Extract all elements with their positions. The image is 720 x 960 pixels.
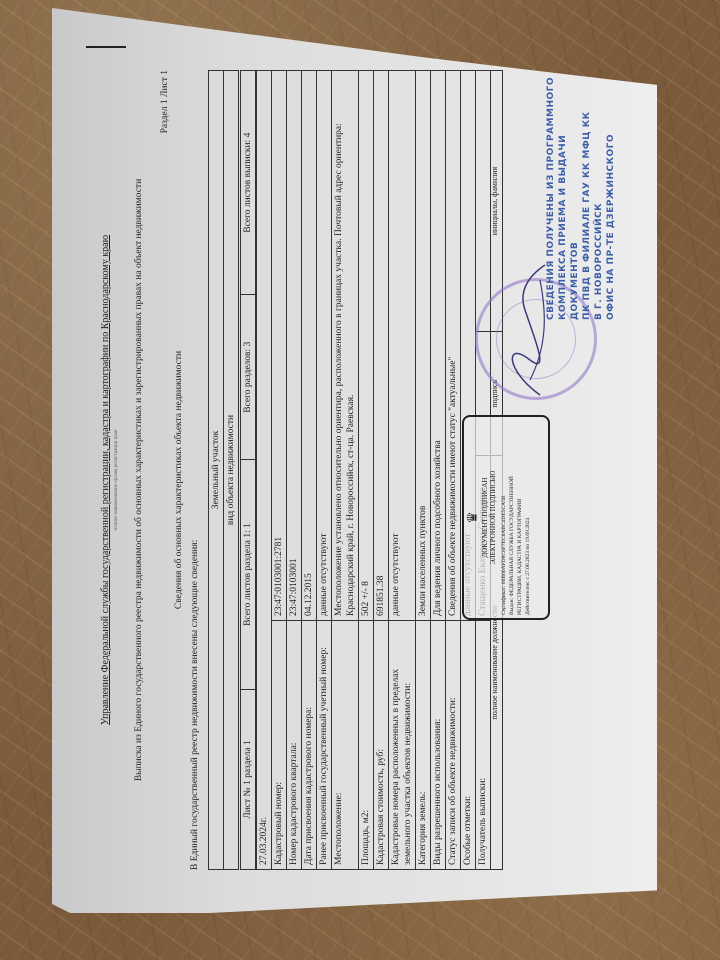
field-row: Кадастровые номера расположенных в преде… [389, 71, 416, 870]
egrn-extract: Управление Федеральной службы государств… [90, 40, 630, 920]
organization-name: Управление Федеральной службы государств… [100, 40, 111, 920]
field-label: Категория земель: [416, 621, 431, 870]
sheets-table: Лист № 1 раздела 1 Всего листов раздела … [240, 70, 256, 870]
info-heading: Сведения об основных характеристиках объ… [174, 40, 184, 920]
field-value: Для ведения личного подсобного хозяйства [431, 71, 446, 621]
field-label: Кадастровая стоимость, руб: [374, 621, 389, 870]
esign-line1: ДОКУМЕНТ ПОДПИСАН [481, 420, 489, 615]
field-value: 23:47:0103001:2781 [272, 71, 287, 621]
field-label: Кадастровые номера расположенных в преде… [389, 621, 416, 870]
esign-valid: Действителен: с 27.06.2023 по 19.09.2024 [524, 420, 532, 615]
field-label: Кадастровый номер: [272, 621, 287, 870]
field-value: данные отсутствуют [389, 71, 416, 621]
field-label: Статус записи об объекте недвижимости: [446, 621, 461, 870]
field-row: Статус записи об объекте недвижимости:Св… [446, 71, 461, 870]
entered-text: В Единый государственный реестр недвижим… [190, 540, 200, 870]
field-value: 23:47:0103001 [287, 71, 302, 621]
field-value: 502 +/- 8 [359, 71, 374, 621]
document-rotated: Управление Федеральной службы государств… [90, 40, 630, 920]
document-title: Выписка из Единого государственного реес… [134, 40, 144, 920]
esign-line2: ЭЛЕКТРОННОЙ ПОДПИСЬЮ [489, 420, 497, 615]
field-value: 691851.38 [374, 71, 389, 621]
section-label: Раздел 1 Лист 1 [160, 70, 170, 133]
field-row: Ранее присвоенный государственный учетны… [317, 71, 332, 870]
characteristics-table: 27.03.2024г. Кадастровый номер:23:47:010… [256, 70, 491, 870]
field-label: Местоположение: [332, 621, 359, 870]
object-type-caption: вид объекта недвижимости [224, 71, 239, 870]
field-value: данные отсутствуют [317, 71, 332, 621]
organization-subtitle: полное наименование органа регистрации п… [114, 40, 119, 920]
field-row: Местоположение:Местоположение установлен… [332, 71, 359, 870]
field-label: Особые отметки: [461, 621, 476, 870]
field-row: Номер кадастрового квартала:23:47:010300… [287, 71, 302, 870]
field-label: Номер кадастрового квартала: [287, 621, 302, 870]
sections-total: Всего разделов: 3 [241, 295, 256, 460]
field-row: Категория земель:Земли населенных пункто… [416, 71, 431, 870]
extract-date: 27.03.2024г. [257, 71, 272, 870]
sheet-number: Лист № 1 раздела 1 [241, 689, 256, 869]
sheets-in-section: Всего листов раздела 1: 1 [241, 460, 256, 690]
sheets-total: Всего листов выписки: 4 [241, 71, 256, 295]
field-row: Кадастровый номер:23:47:0103001:2781 [272, 71, 287, 870]
electronic-signature-box: ♛ ДОКУМЕНТ ПОДПИСАН ЭЛЕКТРОННОЙ ПОДПИСЬЮ… [462, 415, 550, 620]
field-value: Земли населенных пунктов [416, 71, 431, 621]
field-row: Кадастровая стоимость, руб:691851.38 [374, 71, 389, 870]
esign-cert: Сертификат: 00B60AFD8C8F7EC8ABC4DE5CA5B [500, 420, 508, 615]
field-row: Площадь, м2:502 +/- 8 [359, 71, 374, 870]
object-type-table: Земельный участок вид объекта недвижимос… [208, 70, 239, 870]
field-row: Виды разрешенного использования:Для веде… [431, 71, 446, 870]
esign-issuer2: РЕГИСТРАЦИИ, КАДАСТРА И КАРТОГРАФИИ [516, 420, 524, 615]
field-value: Сведения об объекте недвижимости имеют с… [446, 71, 461, 621]
field-label: Ранее присвоенный государственный учетны… [317, 621, 332, 870]
field-row: Дата присвоения кадастрового номера:04.1… [302, 71, 317, 870]
field-value: 04.12.2015 [302, 71, 317, 621]
mfc-blue-stamp: СВЕДЕНИЯ ПОЛУЧЕНЫ ИЗ ПРОГРАММНОГО КОМПЛЕ… [545, 60, 617, 320]
field-label: Площадь, м2: [359, 621, 374, 870]
coat-of-arms-icon: ♛ [467, 420, 481, 615]
field-label: Дата присвоения кадастрового номера: [302, 621, 317, 870]
field-label: Виды разрешенного использования: [431, 621, 446, 870]
object-type: Земельный участок [209, 71, 224, 870]
esign-issuer1: Выдан: ФЕДЕРАЛЬНАЯ СЛУЖБА ГОСУДАРСТВЕННО… [508, 420, 516, 615]
field-value: Местоположение установлено относительно … [332, 71, 359, 621]
